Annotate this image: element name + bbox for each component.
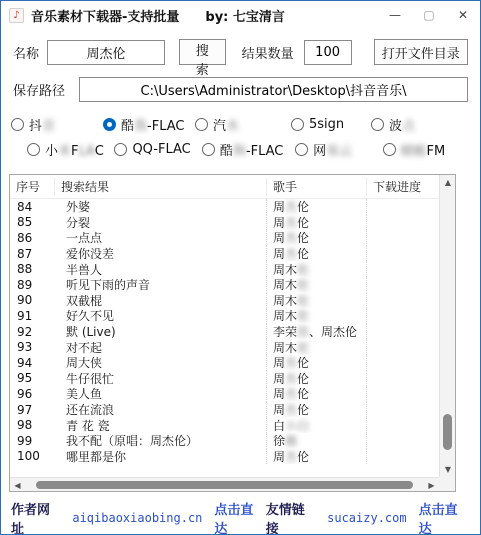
censored-text: LA [79,144,95,159]
source-row-2: 小米FLACQQ-FLAC酷狗-FLAC网易云蜻蜓FM [11,137,470,162]
table-row[interactable]: 84外婆周杰伦 [10,199,439,215]
source-radio[interactable]: 小米FLAC [27,140,114,159]
text-segment: 周 [273,449,285,465]
window-title: 音乐素材下载器-支持批量 [31,6,179,25]
source-radio[interactable]: 抖音 [11,115,103,134]
text-segment: 伦 [297,402,309,418]
download-progress-cell [366,339,438,355]
radio-icon[interactable] [114,143,127,156]
song-title-cell: 听见下雨的声音 [54,277,266,293]
download-progress-cell [366,402,438,418]
censored-text: 薇 [285,433,297,449]
bottom-bar: 作者网址 aiqibaoxiaobing.cn 点击直达 友情链接 sucaiz… [1,502,480,534]
song-title-cell: 一点点 [54,230,266,246]
song-title-cell: 牛仔很忙 [54,371,266,387]
table-row[interactable]: 95牛仔很忙周杰伦 [10,371,439,387]
row-number-cell: 87 [10,246,54,262]
radio-icon[interactable] [295,143,308,156]
text-segment: F [71,144,78,159]
text-segment: 伦 [297,386,309,402]
download-progress-cell [366,261,438,277]
table-row[interactable]: 90双截棍周木伦 [10,293,439,309]
text-segment: 抖 [29,119,42,134]
artist-cell: 周杰伦 [266,230,366,246]
table-row[interactable]: 86一点点周杰伦 [10,230,439,246]
text-segment: 波 [389,119,402,134]
text-segment: 小 [45,144,58,159]
source-radio-label: 波点 [389,115,415,134]
result-count-label: 结果数量 [242,43,294,62]
download-progress-cell [366,449,438,465]
song-title-cell: 分裂 [54,215,266,231]
source-radio-label: 酷狗-FLAC [220,140,283,159]
text-segment: QQ-FLAC [132,142,190,157]
text-segment: -FLAC [147,119,184,134]
song-title-cell: 爱你没差 [54,246,266,262]
source-radio[interactable]: 酷狗-FLAC [202,140,295,159]
download-progress-cell [366,355,438,371]
row-number-cell: 99 [10,433,54,449]
text-segment: 周 [273,215,285,231]
artist-cell: 周杰伦 [266,215,366,231]
song-title-cell: 对不起 [54,339,266,355]
text-segment: 周木 [273,308,297,324]
table-row[interactable]: 94周大侠周杰伦 [10,355,439,371]
horizontal-scroll-thumb[interactable] [36,481,414,489]
download-progress-cell [366,246,438,262]
source-radio-label: QQ-FLAC [132,142,190,157]
name-input[interactable] [47,40,165,65]
save-path-label: 保存路径 [13,80,65,99]
text-segment: 周木 [273,339,297,355]
artist-cell: 周木伦 [266,293,366,309]
search-row: 名称 搜索 结果数量 打开文件目录 [13,39,468,65]
artist-cell: 周木伦 [266,339,366,355]
source-radio-label: 5sign [309,117,344,132]
source-row-1: 抖音酷我-FLAC汽水5sign波点 [11,112,470,137]
download-progress-cell [366,293,438,309]
text-segment: 酷 [121,119,134,134]
friend-link-go-link[interactable]: 点击直达 [419,499,470,535]
censored-text: 杰 [285,246,297,262]
header-progress[interactable]: 下载进度 [366,178,438,196]
text-segment: 周 [273,230,285,246]
row-number-cell: 85 [10,215,54,231]
censored-text: 杰 [285,371,297,387]
author-site-label: 作者网址 [11,499,62,535]
row-number-cell: 89 [10,277,54,293]
song-title-cell: 双截棍 [54,293,266,309]
artist-cell: 周杰伦 [266,402,366,418]
vertical-scroll-thumb[interactable] [443,414,452,450]
text-segment: 周木 [273,277,297,293]
radio-icon[interactable] [11,118,24,131]
censored-text: 音 [42,119,55,134]
source-selector: 抖音酷我-FLAC汽水5sign波点 小米FLACQQ-FLAC酷狗-FLAC网… [11,112,470,162]
artist-cell: 周木伦 [266,261,366,277]
radio-icon[interactable] [371,118,384,131]
save-path-input[interactable] [79,77,468,102]
artist-cell: 周杰伦 [266,199,366,215]
censored-text: 杰 [285,230,297,246]
friend-link-url[interactable]: sucaizy.com [327,511,406,525]
app-window: ♪ 音乐素材下载器-支持批量 by: 七宝清言 — ▢ ✕ 名称 搜索 结果数量… [0,0,481,535]
artist-cell: 周杰伦 [266,246,366,262]
censored-text: 杰 [285,355,297,371]
row-number-cell: 88 [10,261,54,277]
table-row[interactable]: 97还在流浪周杰伦 [10,402,439,418]
open-directory-button[interactable]: 打开文件目录 [374,39,468,65]
table-row[interactable]: 93对不起周木伦 [10,339,439,355]
download-progress-cell [366,230,438,246]
text-segment: 伦 [297,371,309,387]
text-segment: C [95,144,104,159]
table-row[interactable]: 91好久不见周木伦 [10,308,439,324]
song-title-cell: 还在流浪 [54,402,266,418]
scroll-down-icon[interactable]: ▼ [440,462,456,477]
download-progress-cell [366,433,438,449]
censored-text: 伦 [297,261,309,277]
table-header: 序号 搜索结果 歌手 下载进度 [10,175,439,199]
download-progress-cell [366,371,438,387]
scrollbar-corner [439,477,455,491]
table-row[interactable]: 100哪里都是你周杰伦 [10,449,439,465]
censored-text: 浩 [297,324,309,340]
scroll-right-icon[interactable]: ▶ [424,478,439,492]
row-number-cell: 94 [10,355,54,371]
song-title-cell: 哪里都是你 [54,449,266,465]
text-segment: 徐 [273,433,285,449]
artist-cell: 周杰伦 [266,386,366,402]
artist-cell: 周杰伦 [266,355,366,371]
source-radio-label: 汽水 [213,115,239,134]
row-number-cell: 100 [10,449,54,465]
download-progress-cell [366,215,438,231]
row-number-cell: 91 [10,308,54,324]
radio-icon[interactable] [195,118,208,131]
song-title-cell: 外婆 [54,199,266,215]
source-radio[interactable]: QQ-FLAC [114,142,201,157]
scroll-up-icon[interactable]: ▲ [440,175,456,190]
row-number-cell: 90 [10,293,54,309]
source-radio[interactable]: 5sign [291,117,371,132]
text-segment: 5sign [309,117,344,132]
header-title[interactable]: 搜索结果 [54,178,266,196]
row-number-cell: 93 [10,339,54,355]
window-byline: by: 七宝清言 [205,6,285,25]
table-row[interactable]: 98青 花 瓷白小白 [10,417,439,433]
results-table: 序号 搜索结果 歌手 下载进度 84外婆周杰伦85分裂周杰伦86一点点周杰伦87… [9,174,456,492]
censored-text: 易云 [326,144,352,159]
censored-text: 伦 [297,308,309,324]
search-button[interactable]: 搜索 [179,39,226,65]
censored-text: 杰 [285,402,297,418]
song-title-cell: 青 花 瓷 [54,417,266,433]
text-segment: 周 [273,355,285,371]
text-segment: 酷 [220,144,233,159]
maximize-button[interactable]: ▢ [412,1,446,29]
censored-text: 伦 [297,293,309,309]
radio-icon[interactable] [291,118,304,131]
artist-cell: 李荣浩、周杰伦 [266,324,366,340]
censored-text: 杰 [285,386,297,402]
row-number-cell: 86 [10,230,54,246]
title-bar: ♪ 音乐素材下载器-支持批量 by: 七宝清言 — ▢ ✕ [1,1,480,29]
text-segment: 、周杰伦 [309,324,357,340]
row-number-cell: 84 [10,199,54,215]
song-title-cell: 周大侠 [54,355,266,371]
result-count-input[interactable] [304,40,352,65]
vertical-scrollbar[interactable]: ▲ ▼ [439,175,455,477]
song-title-cell: 我不配（原唱：周杰伦） [54,433,266,449]
song-title-cell: 默 (Live) [54,324,266,340]
song-title-cell: 半兽人 [54,261,266,277]
source-radio[interactable]: 酷我-FLAC [103,115,195,134]
table-row[interactable]: 96美人鱼周杰伦 [10,386,439,402]
author-site-url[interactable]: aiqibaoxiaobing.cn [72,511,202,525]
artist-cell: 周木伦 [266,277,366,293]
save-path-row: 保存路径 [13,76,468,102]
table-row[interactable]: 88半兽人周木伦 [10,261,439,277]
text-segment: 伦 [297,215,309,231]
censored-text: 伦 [297,339,309,355]
censored-text: 米 [58,144,71,159]
download-progress-cell [366,199,438,215]
row-number-cell: 92 [10,324,54,340]
text-segment: 伦 [297,355,309,371]
text-segment: FM [427,144,446,159]
source-radio-label: 小米FLAC [45,140,104,159]
app-icon: ♪ [9,8,24,23]
text-segment: 李荣 [273,324,297,340]
radio-selected-icon[interactable] [103,118,116,131]
censored-text: 伦 [297,277,309,293]
censored-text: 我 [134,119,147,134]
censored-text: 杰 [285,199,297,215]
artist-cell: 白小白 [266,417,366,433]
censored-text: 水 [226,119,239,134]
text-segment: 伦 [297,230,309,246]
text-segment: 伦 [297,246,309,262]
text-segment: -FLAC [246,144,283,159]
text-segment: 周 [273,246,285,262]
scroll-left-icon[interactable]: ◀ [10,478,25,492]
download-progress-cell [366,386,438,402]
radio-icon[interactable] [383,143,396,156]
source-radio-label: 抖音 [29,115,55,134]
censored-text: 杰 [285,449,297,465]
table-row[interactable]: 92默 (Live)李荣浩、周杰伦 [10,324,439,340]
source-radio-label: 网易云 [313,140,352,159]
radio-icon[interactable] [27,143,40,156]
radio-icon[interactable] [202,143,215,156]
row-number-cell: 97 [10,402,54,418]
table-row[interactable]: 89听见下雨的声音周木伦 [10,277,439,293]
download-progress-cell [366,308,438,324]
text-segment: 周 [273,386,285,402]
text-segment: 汽 [213,119,226,134]
censored-text: 狗 [233,144,246,159]
minimize-button[interactable]: — [378,1,412,29]
author-site-go-link[interactable]: 点击直达 [214,499,265,535]
name-label: 名称 [13,43,39,62]
download-progress-cell [366,417,438,433]
artist-cell: 徐薇 [266,433,366,449]
row-number-cell: 98 [10,417,54,433]
header-no[interactable]: 序号 [10,178,54,195]
artist-cell: 周杰伦 [266,371,366,387]
text-segment: 白 [273,417,285,433]
table-row[interactable]: 87爱你没差周杰伦 [10,246,439,262]
download-progress-cell [366,277,438,293]
censored-text: 点 [402,119,415,134]
text-segment: 周 [273,199,285,215]
text-segment: 伦 [297,449,309,465]
censored-text: 小白 [285,417,309,433]
table-row[interactable]: 99我不配（原唱：周杰伦）徐薇 [10,433,439,449]
text-segment: 周木 [273,261,297,277]
window-controls: — ▢ ✕ [378,1,480,29]
song-title-cell: 好久不见 [54,308,266,324]
row-number-cell: 96 [10,386,54,402]
text-segment: 伦 [297,199,309,215]
source-radio[interactable]: 网易云 [295,140,382,159]
artist-cell: 周杰伦 [266,449,366,465]
artist-cell: 周木伦 [266,308,366,324]
source-radio-label: 蜻蜓FM [401,140,446,159]
source-radio[interactable]: 蜻蜓FM [383,140,470,159]
source-radio-label: 酷我-FLAC [121,115,184,134]
table-row[interactable]: 85分裂周杰伦 [10,215,439,231]
row-number-cell: 95 [10,371,54,387]
friend-link-label: 友情链接 [266,499,317,535]
download-progress-cell [366,324,438,340]
text-segment: 周 [273,371,285,387]
text-segment: 周 [273,402,285,418]
table-body: 84外婆周杰伦85分裂周杰伦86一点点周杰伦87爱你没差周杰伦88半兽人周木伦8… [10,199,439,477]
censored-text: 杰 [285,215,297,231]
song-title-cell: 美人鱼 [54,386,266,402]
close-button[interactable]: ✕ [446,1,480,29]
horizontal-scrollbar[interactable]: ◀ ▶ [10,477,439,491]
censored-text: 蜻蜓 [401,144,427,159]
header-artist[interactable]: 歌手 [266,178,366,196]
text-segment: 网 [313,144,326,159]
source-radio[interactable]: 汽水 [195,115,291,134]
source-radio[interactable]: 波点 [371,115,463,134]
text-segment: 周木 [273,293,297,309]
